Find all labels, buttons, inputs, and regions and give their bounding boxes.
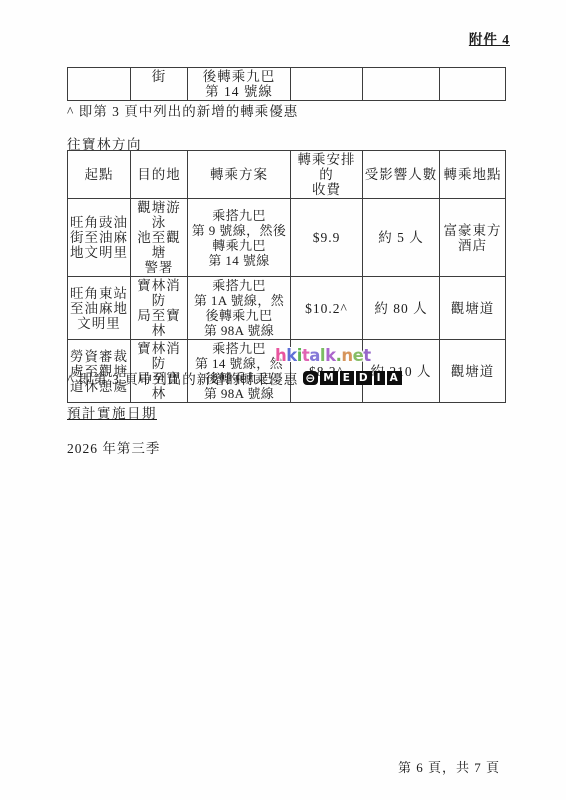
watermark-letter: a	[309, 346, 320, 365]
media-logo-letter: E	[340, 371, 354, 385]
cell-destination: 觀塘游泳 池至觀塘 警署	[131, 199, 188, 277]
cell-origin: 旺角東站 至油麻地 文明里	[68, 277, 131, 340]
watermark-letter: n	[341, 346, 352, 365]
media-logo-letter: M	[320, 371, 337, 385]
cell-origin: 旺角豉油 街至油麻 地文明里	[68, 199, 131, 277]
cell-location	[440, 68, 506, 101]
media-logo-letter: D	[356, 371, 372, 385]
header-destination: 目的地	[131, 151, 188, 199]
media-logo: ⊖ MEDIA	[303, 371, 401, 385]
cell-affected: 約 5 人	[363, 199, 440, 277]
watermark-letter: e	[353, 346, 364, 365]
appendix-label: 附件 4	[469, 28, 510, 48]
table-row: 街 後轉乘九巴 第 14 號線	[68, 68, 506, 101]
table-row: 旺角豉油 街至油麻 地文明里 觀塘游泳 池至觀塘 警署 乘搭九巴 第 9 號線，…	[68, 199, 506, 277]
hkitalk-watermark: hkitalk.net	[275, 347, 371, 364]
cell-affected	[363, 68, 440, 101]
page-number: 第 6 頁，共 7 頁	[398, 757, 500, 776]
media-logo-icon: ⊖	[303, 371, 318, 385]
cell-location: 觀塘道	[440, 340, 506, 403]
continuation-table: 街 後轉乘九巴 第 14 號線	[67, 67, 506, 101]
cell-fare	[291, 68, 363, 101]
footnote-top: ^ 即第 3 頁中列出的新增的轉乘優惠	[67, 100, 298, 120]
table-row: 旺角東站 至油麻地 文明里 寶林消防 局至寶林 乘搭九巴 第 1A 號線，然 後…	[68, 277, 506, 340]
cell-fare: $9.9	[291, 199, 363, 277]
watermark-letter: k	[286, 346, 296, 365]
watermark-letter: h	[275, 346, 286, 365]
header-fare: 轉乘安排的 收費	[291, 151, 363, 199]
table-header-row: 起點 目的地 轉乘方案 轉乘安排的 收費 受影響人數 轉乘地點	[68, 151, 506, 199]
cell-fare: $10.2^	[291, 277, 363, 340]
cell-destination: 寶林消防 局至寶林	[131, 277, 188, 340]
transfer-table: 起點 目的地 轉乘方案 轉乘安排的 收費 受影響人數 轉乘地點 旺角豉油 街至油…	[67, 150, 506, 403]
cell-transfer-plan: 後轉乘九巴 第 14 號線	[188, 68, 291, 101]
watermark-letter: k	[325, 346, 335, 365]
header-origin: 起點	[68, 151, 131, 199]
implementation-heading: 預計實施日期	[67, 402, 157, 422]
cell-location: 觀塘道	[440, 277, 506, 340]
footnote-main: ^ 即第 3 頁中列出的新增的轉乘優惠 ⊖ MEDIA	[67, 368, 402, 388]
media-logo-letter: I	[374, 371, 385, 385]
cell-transfer-plan: 乘搭九巴 第 9 號線，然後 轉乘九巴 第 14 號線	[188, 199, 291, 277]
cell-affected: 約 80 人	[363, 277, 440, 340]
watermark-letter: t	[363, 346, 370, 365]
header-transfer-plan: 轉乘方案	[188, 151, 291, 199]
implementation-date: 2026 年第三季	[67, 437, 160, 457]
media-logo-letter: A	[387, 371, 402, 385]
header-affected: 受影響人數	[363, 151, 440, 199]
cell-destination: 街	[131, 68, 188, 101]
cell-transfer-plan: 乘搭九巴 第 1A 號線，然 後轉乘九巴 第 98A 號線	[188, 277, 291, 340]
cell-origin	[68, 68, 131, 101]
cell-location: 富豪東方 酒店	[440, 199, 506, 277]
document-page: 附件 4 街 後轉乘九巴 第 14 號線 ^ 即第 3 頁中列出的新增的轉乘優惠…	[0, 0, 566, 800]
footnote-text: ^ 即第 3 頁中列出的新增的轉乘優惠	[67, 100, 298, 120]
header-location: 轉乘地點	[440, 151, 506, 199]
footnote-text: ^ 即第 3 頁中列出的新增的轉乘優惠	[67, 368, 298, 388]
